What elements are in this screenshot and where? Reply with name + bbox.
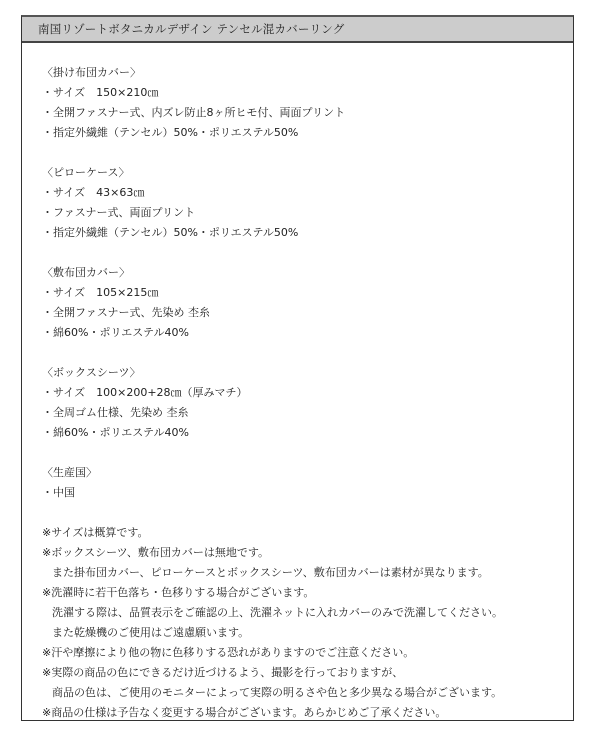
spec-line-material: ・指定外繊維（テンセル）50%・ポリエステル50%: [42, 123, 573, 143]
note-line: ※汗や摩擦により他の物に色移りする恐れがありますのでご注意ください。: [42, 643, 573, 663]
spec-line-features: ・全開ファスナー式、内ズレ防止8ヶ所ヒモ付、両面プリント: [42, 103, 573, 123]
section-mattress-cover: 〈敷布団カバー〉 ・サイズ 105×215㎝ ・全開ファスナー式、先染め 杢糸 …: [42, 263, 573, 343]
note-line: ※サイズは概算です。: [42, 523, 573, 543]
spec-line-features: ・全開ファスナー式、先染め 杢糸: [42, 303, 573, 323]
spec-line-size: ・サイズ 150×210㎝: [42, 83, 573, 103]
note-line: ※洗濯時に若干色落ち・色移りする場合がございます。: [42, 583, 573, 603]
spec-line-features: ・全周ゴム仕様、先染め 杢糸: [42, 403, 573, 423]
section-title: 〈敷布団カバー〉: [42, 263, 573, 283]
spec-line-material: ・指定外繊維（テンセル）50%・ポリエステル50%: [42, 223, 573, 243]
note-line: ※商品の仕様は予告なく変更する場合がございます。あらかじめご了承ください。: [42, 703, 573, 723]
notes-list: ※サイズは概算です。 ※ボックスシーツ、敷布団カバーは無地です。 また掛布団カバ…: [42, 523, 573, 723]
section-box-sheet: 〈ボックスシーツ〉 ・サイズ 100×200+28㎝（厚みマチ） ・全周ゴム仕様…: [42, 363, 573, 443]
section-title: 〈ピローケース〉: [42, 163, 573, 183]
spec-header: 南国リゾートボタニカルデザイン テンセル混カバーリング: [22, 17, 573, 43]
spec-line-size: ・サイズ 100×200+28㎝（厚みマチ）: [42, 383, 573, 403]
spec-line-material: ・綿60%・ポリエステル40%: [42, 423, 573, 443]
spec-body: 〈掛け布団カバー〉 ・サイズ 150×210㎝ ・全開ファスナー式、内ズレ防止8…: [22, 43, 573, 723]
spec-line-country: ・中国: [42, 483, 573, 503]
spec-line-material: ・綿60%・ポリエステル40%: [42, 323, 573, 343]
note-line: また掛布団カバー、ピローケースとボックスシーツ、敷布団カバーは素材が異なります。: [42, 563, 573, 583]
note-line: 洗濯する際は、品質表示をご確認の上、洗濯ネットに入れカバーのみで洗濯してください…: [42, 603, 573, 623]
spec-line-size: ・サイズ 43×63㎝: [42, 183, 573, 203]
section-title: 〈掛け布団カバー〉: [42, 63, 573, 83]
spec-line-features: ・ファスナー式、両面プリント: [42, 203, 573, 223]
section-title: 〈生産国〉: [42, 463, 573, 483]
section-country-of-origin: 〈生産国〉 ・中国: [42, 463, 573, 503]
note-line: ※ボックスシーツ、敷布団カバーは無地です。: [42, 543, 573, 563]
section-comforter-cover: 〈掛け布団カバー〉 ・サイズ 150×210㎝ ・全開ファスナー式、内ズレ防止8…: [42, 63, 573, 143]
product-spec-box: 南国リゾートボタニカルデザイン テンセル混カバーリング 〈掛け布団カバー〉 ・サ…: [21, 15, 574, 721]
product-title: 南国リゾートボタニカルデザイン テンセル混カバーリング: [38, 21, 344, 37]
note-line: 商品の色は、ご使用のモニターによって実際の明るさや色と多少異なる場合がございます…: [42, 683, 573, 703]
spec-line-size: ・サイズ 105×215㎝: [42, 283, 573, 303]
section-title: 〈ボックスシーツ〉: [42, 363, 573, 383]
note-line: ※実際の商品の色にできるだけ近づけるよう、撮影を行っておりますが、: [42, 663, 573, 683]
section-pillow-case: 〈ピローケース〉 ・サイズ 43×63㎝ ・ファスナー式、両面プリント ・指定外…: [42, 163, 573, 243]
note-line: また乾燥機のご使用はご遠慮願います。: [42, 623, 573, 643]
